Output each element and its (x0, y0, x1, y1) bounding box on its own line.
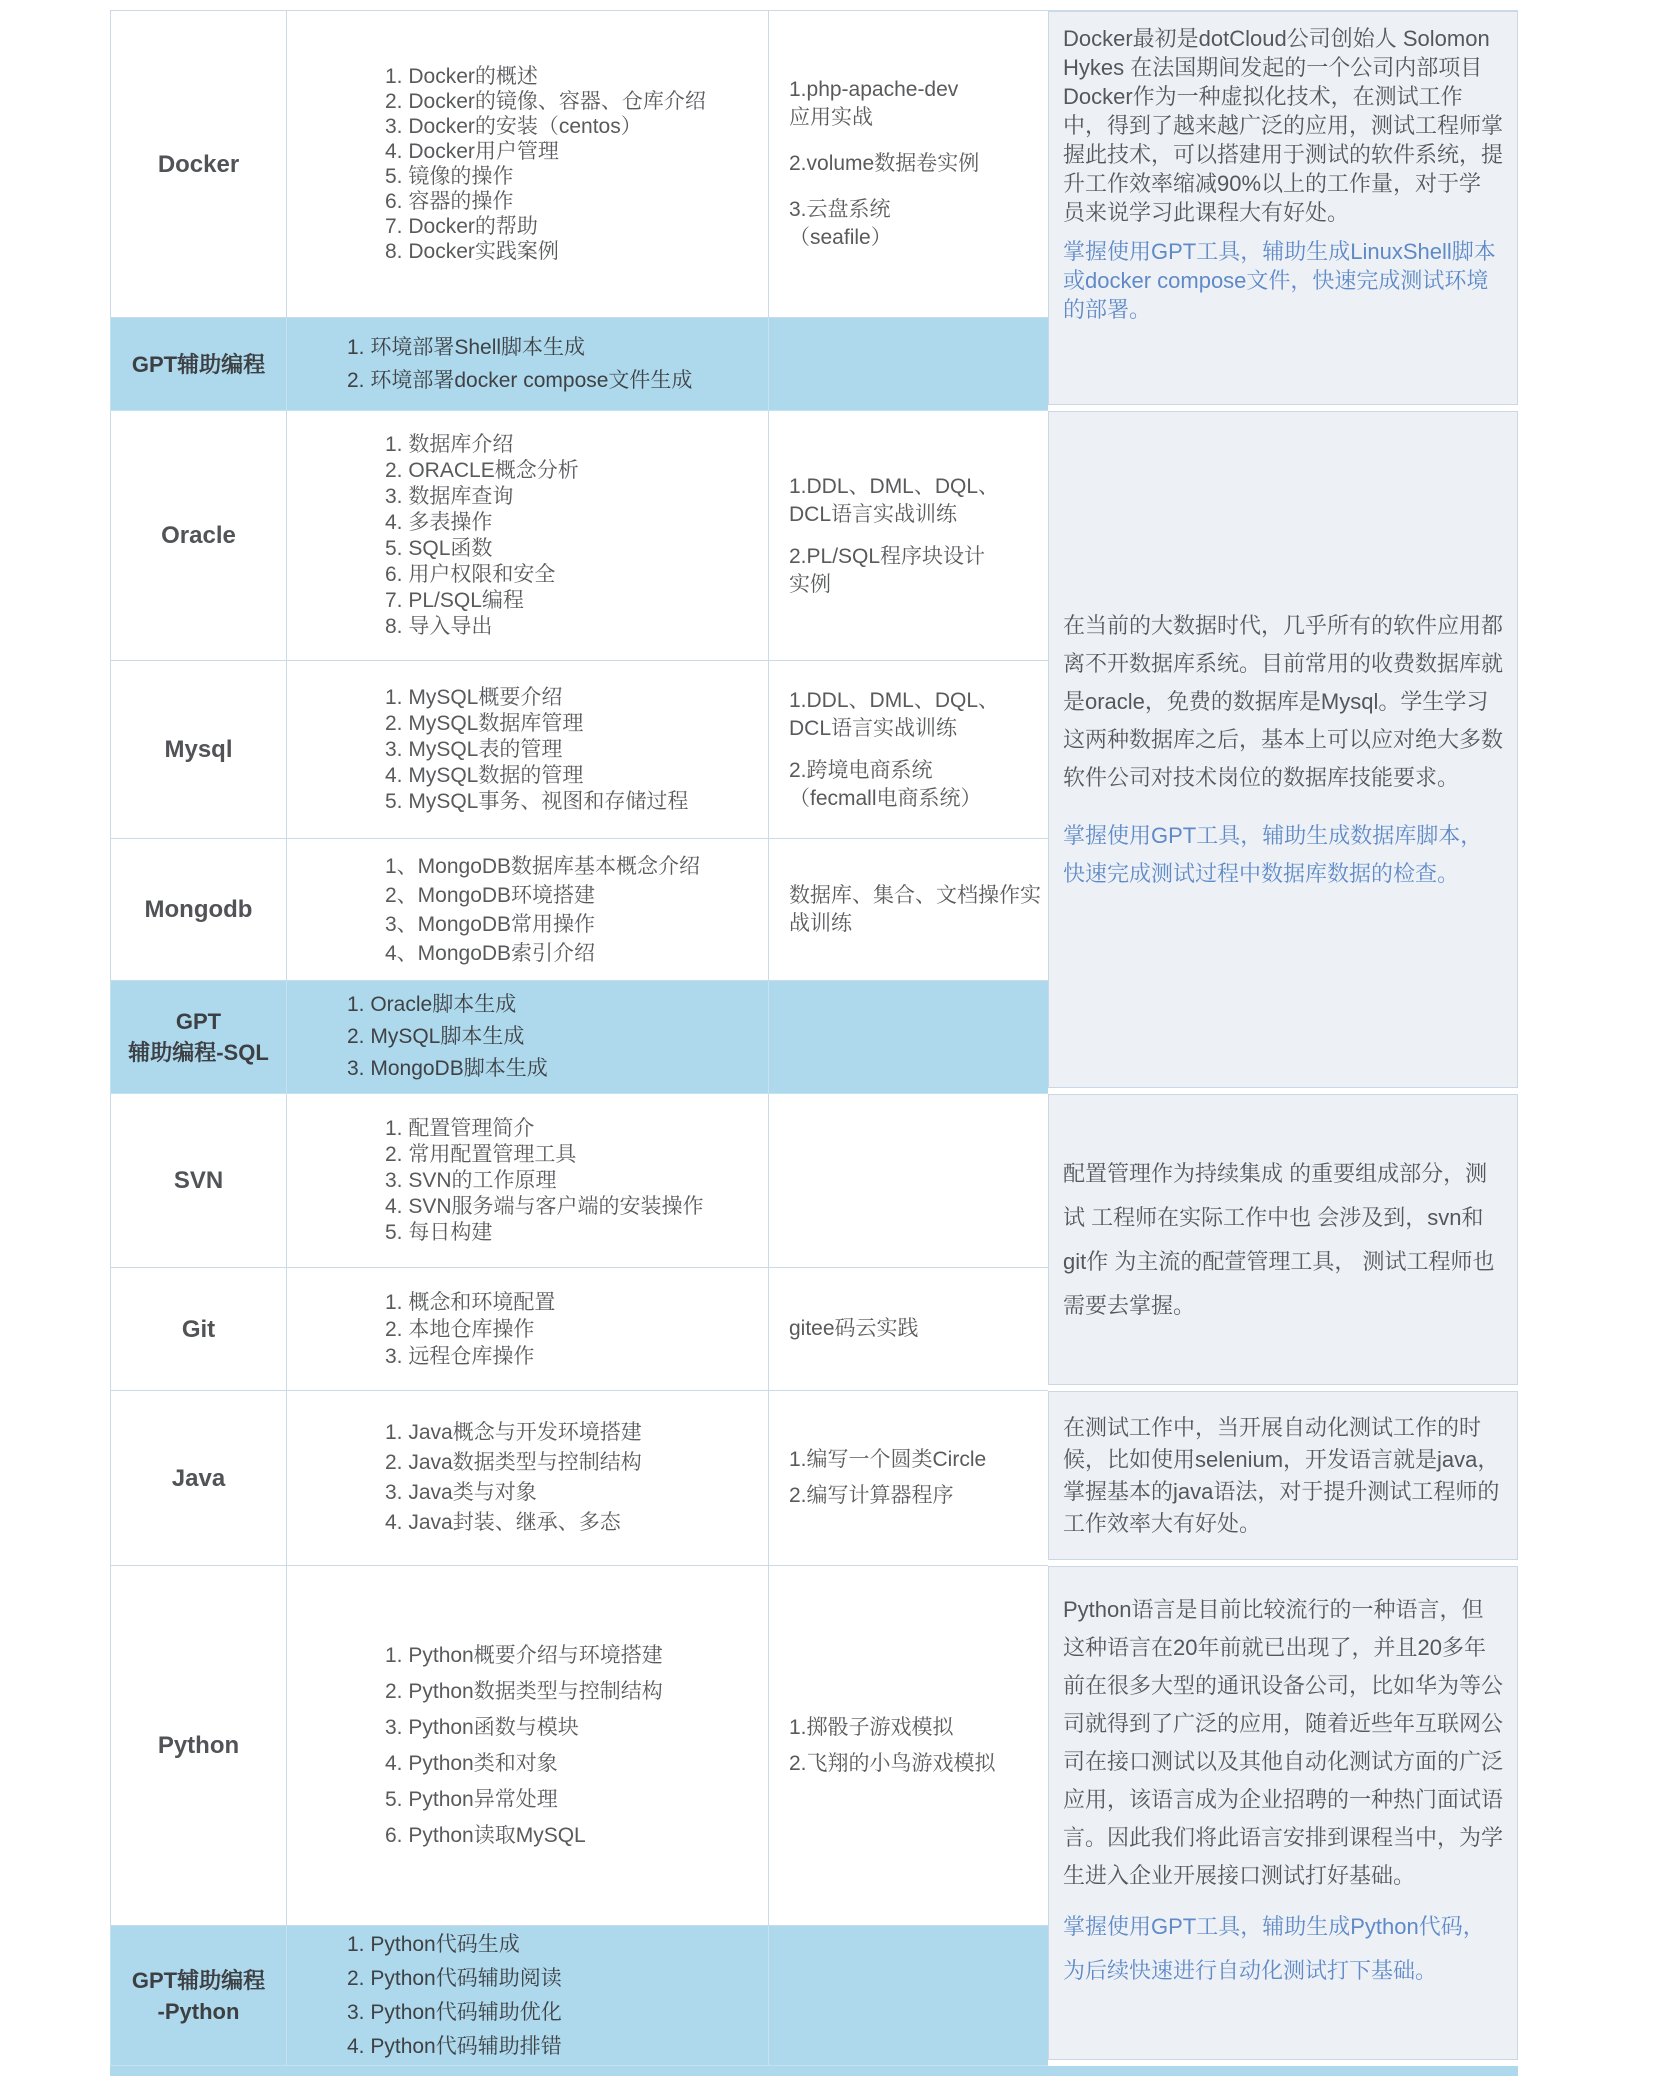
gpt-note-text: 掌握使用GPT工具，辅助生成数据库脚本，快速完成测试过程中数据库数据的检查。 (1063, 817, 1503, 893)
course-name-python: Python (110, 1566, 286, 1926)
course-practice-java: 1.编写一个圆类Circle2.编写计算器程序 (768, 1391, 1048, 1566)
section-scm: SVN 1. 配置管理简介2. 常用配置管理工具3. SVN的工作原理4. SV… (110, 1094, 1518, 1391)
course-topics-git: 1. 概念和环境配置2. 本地仓库操作3. 远程仓库操作 (286, 1268, 768, 1391)
topic-item: 2. 本地仓库操作 (385, 1316, 555, 1343)
topic-list: 1. Python概要介绍与环境搭建2. Python数据类型与控制结构3. P… (385, 1638, 663, 1854)
practice-item: 1.DDL、DML、DQL、 DCL语言实战训练 (789, 687, 999, 743)
practice-item: 1.编写一个圆类Circle (789, 1446, 986, 1474)
course-name-gpt-devops: GPT辅助编程 (110, 318, 286, 411)
topic-item: 1、MongoDB数据库基本概念介绍 (385, 852, 700, 881)
practice-list: 1.编写一个圆类Circle2.编写计算器程序 (789, 1446, 986, 1510)
topic-item: 4、MongoDB索引介绍 (385, 939, 700, 968)
practice-item: 1.php-apache-dev 应用实战 (789, 76, 979, 132)
description-java: 在测试工作中，当开展自动化测试工作的时候，比如使用selenium，开发语言就是… (1048, 1391, 1518, 1560)
course-name-label: Python (158, 1730, 239, 1761)
topic-item: 7. PL/SQL编程 (385, 588, 579, 614)
topic-list: 1. MySQL概要介绍2. MySQL数据库管理3. MySQL表的管理4. … (385, 685, 688, 815)
description-text: Python语言是目前比较流行的一种语言，但这种语言在20年前就已出现了，并且2… (1063, 1591, 1503, 1895)
practice-item: 2.飞翔的小鸟游戏模拟 (789, 1750, 996, 1778)
topic-list: 1. Python代码生成2. Python代码辅助阅读3. Python代码辅… (347, 1928, 562, 2064)
topic-item: 3. 数据库查询 (385, 484, 579, 510)
practice-item: 数据库、集合、文档操作实战训练 (789, 882, 1044, 938)
topic-item: 5. 镜像的操作 (385, 164, 706, 189)
practice-item: 2.跨境电商系统 （fecmall电商系统） (789, 757, 999, 813)
description-scm: 配置管理作为持续集成 的重要组成部分，测试 工程师在实际工作中也 会涉及到，sv… (1048, 1094, 1518, 1385)
topic-item: 3. Python代码辅助优化 (347, 1996, 562, 2030)
topic-item: 3. SVN的工作原理 (385, 1168, 704, 1194)
practice-item: 2.编写计算器程序 (789, 1482, 986, 1510)
description-docker: Docker最初是dotCloud公司创始人 Solomon Hykes 在法国… (1048, 11, 1518, 405)
course-topics-svn: 1. 配置管理简介2. 常用配置管理工具3. SVN的工作原理4. SVN服务端… (286, 1094, 768, 1268)
topic-item: 1. Python代码生成 (347, 1928, 562, 1962)
course-name-docker: Docker (110, 11, 286, 318)
course-name-label: Docker (158, 149, 239, 180)
practice-list: 1.DDL、DML、DQL、 DCL语言实战训练2.PL/SQL程序块设计 实例 (789, 473, 999, 599)
topic-item: 4. Java封装、继承、多态 (385, 1508, 642, 1538)
topic-item: 3. MySQL表的管理 (385, 737, 688, 763)
topic-item: 8. 导入导出 (385, 614, 579, 640)
practice-item: gitee码云实践 (789, 1315, 919, 1343)
practice-item: 1.掷骰子游戏模拟 (789, 1714, 996, 1742)
practice-item: 3.云盘系统 （seafile） (789, 196, 979, 252)
topic-item: 4. Docker用户管理 (385, 139, 706, 164)
topic-list: 1. Oracle脚本生成2. MySQL脚本生成3. MongoDB脚本生成 (347, 989, 548, 1085)
topic-list: 1. 概念和环境配置2. 本地仓库操作3. 远程仓库操作 (385, 1289, 555, 1370)
course-name-label: Git (182, 1314, 215, 1345)
topic-item: 5. 每日构建 (385, 1220, 704, 1246)
topic-item: 4. SVN服务端与客户端的安装操作 (385, 1194, 704, 1220)
topic-item: 1. 配置管理简介 (385, 1116, 704, 1142)
topic-item: 4. Python代码辅助排错 (347, 2030, 562, 2064)
course-topics-oracle: 1. 数据库介绍2. ORACLE概念分析3. 数据库查询4. 多表操作5. S… (286, 411, 768, 661)
course-topics-java: 1. Java概念与开发环境搭建2. Java数据类型与控制结构3. Java类… (286, 1391, 768, 1566)
practice-list: gitee码云实践 (789, 1315, 919, 1343)
practice-item: 2.PL/SQL程序块设计 实例 (789, 543, 999, 599)
course-name-git: Git (110, 1268, 286, 1391)
topic-item: 2. 环境部署docker compose文件生成 (347, 364, 692, 397)
course-practice-oracle: 1.DDL、DML、DQL、 DCL语言实战训练2.PL/SQL程序块设计 实例 (768, 411, 1048, 661)
bottom-accent-bar (110, 2066, 1518, 2076)
practice-item: 1.DDL、DML、DQL、 DCL语言实战训练 (789, 473, 999, 529)
topic-list: 1. 配置管理简介2. 常用配置管理工具3. SVN的工作原理4. SVN服务端… (385, 1116, 704, 1246)
practice-list: 数据库、集合、文档操作实战训练 (789, 882, 1044, 938)
section-databases: Oracle 1. 数据库介绍2. ORACLE概念分析3. 数据库查询4. 多… (110, 411, 1518, 1094)
course-practice-gpt-devops (768, 318, 1048, 411)
topic-item: 2. 常用配置管理工具 (385, 1142, 704, 1168)
practice-list: 1.DDL、DML、DQL、 DCL语言实战训练2.跨境电商系统 （fecmal… (789, 687, 999, 813)
section-java: Java 1. Java概念与开发环境搭建2. Java数据类型与控制结构3. … (110, 1391, 1518, 1566)
course-topics-gpt-devops: 1. 环境部署Shell脚本生成2. 环境部署docker compose文件生… (286, 318, 768, 411)
course-name-label: Mysql (164, 734, 232, 765)
gpt-note-text: 掌握使用GPT工具，辅助生成Python代码，为后续快速进行自动化测试打下基础。 (1063, 1905, 1503, 1993)
topic-item: 5. SQL函数 (385, 536, 579, 562)
topic-item: 1. Docker的概述 (385, 64, 706, 89)
course-name-label: Mongodb (145, 894, 253, 925)
topic-item: 2. Java数据类型与控制结构 (385, 1448, 642, 1478)
course-practice-git: gitee码云实践 (768, 1268, 1048, 1391)
topic-list: 1. Java概念与开发环境搭建2. Java数据类型与控制结构3. Java类… (385, 1418, 642, 1538)
topic-item: 6. Python读取MySQL (385, 1818, 663, 1854)
topic-item: 3. Docker的安装（centos） (385, 114, 706, 139)
course-name-svn: SVN (110, 1094, 286, 1268)
topic-item: 3. MongoDB脚本生成 (347, 1053, 548, 1085)
topic-item: 5. MySQL事务、视图和存储过程 (385, 789, 688, 815)
course-topics-mongodb: 1、MongoDB数据库基本概念介绍2、MongoDB环境搭建3、MongoDB… (286, 839, 768, 981)
topic-item: 2. Python数据类型与控制结构 (385, 1674, 663, 1710)
gpt-note-text: 掌握使用GPT工具，辅助生成LinuxShell脚本或docker compos… (1063, 237, 1503, 324)
topic-item: 6. 容器的操作 (385, 189, 706, 214)
practice-list: 1.掷骰子游戏模拟2.飞翔的小鸟游戏模拟 (789, 1714, 996, 1778)
topic-list: 1、MongoDB数据库基本概念介绍2、MongoDB环境搭建3、MongoDB… (385, 852, 700, 968)
topic-list: 1. Docker的概述2. Docker的镜像、容器、仓库介绍3. Docke… (385, 64, 706, 264)
description-text: 在测试工作中，当开展自动化测试工作的时候，比如使用selenium，开发语言就是… (1063, 1412, 1503, 1540)
topic-item: 1. Oracle脚本生成 (347, 989, 548, 1021)
topic-list: 1. 环境部署Shell脚本生成2. 环境部署docker compose文件生… (347, 331, 692, 397)
topic-item: 7. Docker的帮助 (385, 214, 706, 239)
course-name-java: Java (110, 1391, 286, 1566)
course-topics-python: 1. Python概要介绍与环境搭建2. Python数据类型与控制结构3. P… (286, 1566, 768, 1926)
topic-item: 4. 多表操作 (385, 510, 579, 536)
topic-item: 2. MySQL脚本生成 (347, 1021, 548, 1053)
section-python: Python 1. Python概要介绍与环境搭建2. Python数据类型与控… (110, 1566, 1518, 2066)
description-databases: 在当前的大数据时代，几乎所有的软件应用都离不开数据库系统。目前常用的收费数据库就… (1048, 411, 1518, 1088)
description-python: Python语言是目前比较流行的一种语言，但这种语言在20年前就已出现了，并且2… (1048, 1566, 1518, 2060)
course-name-gpt-python: GPT辅助编程 -Python (110, 1926, 286, 2066)
description-text: Docker最初是dotCloud公司创始人 Solomon Hykes 在法国… (1063, 24, 1503, 227)
topic-item: 3. Java类与对象 (385, 1478, 642, 1508)
topic-item: 3. 远程仓库操作 (385, 1343, 555, 1370)
course-name-mysql: Mysql (110, 661, 286, 839)
topic-item: 8. Docker实践案例 (385, 239, 706, 264)
course-practice-gpt-python (768, 1926, 1048, 2066)
course-name-label: SVN (174, 1165, 223, 1196)
course-name-label: GPT辅助编程 -Python (132, 1965, 265, 2027)
course-topics-gpt-sql: 1. Oracle脚本生成2. MySQL脚本生成3. MongoDB脚本生成 (286, 981, 768, 1094)
topic-item: 1. 数据库介绍 (385, 432, 579, 458)
topic-item: 1. 概念和环境配置 (385, 1289, 555, 1316)
course-curriculum-table: Docker 1. Docker的概述2. Docker的镜像、容器、仓库介绍3… (110, 10, 1518, 2076)
course-practice-python: 1.掷骰子游戏模拟2.飞翔的小鸟游戏模拟 (768, 1566, 1048, 1926)
topic-item: 3. Python函数与模块 (385, 1710, 663, 1746)
course-name-label: GPT辅助编程 (132, 349, 265, 380)
course-practice-mongodb: 数据库、集合、文档操作实战训练 (768, 839, 1048, 981)
course-name-label: GPT 辅助编程-SQL (128, 1006, 269, 1068)
topic-list: 1. 数据库介绍2. ORACLE概念分析3. 数据库查询4. 多表操作5. S… (385, 432, 579, 640)
description-text: 在当前的大数据时代，几乎所有的软件应用都离不开数据库系统。目前常用的收费数据库就… (1063, 607, 1503, 797)
course-practice-docker: 1.php-apache-dev 应用实战2.volume数据卷实例3.云盘系统… (768, 11, 1048, 318)
topic-item: 2. MySQL数据库管理 (385, 711, 688, 737)
practice-list: 1.php-apache-dev 应用实战2.volume数据卷实例3.云盘系统… (789, 76, 979, 252)
practice-item: 2.volume数据卷实例 (789, 150, 979, 178)
topic-item: 2. Docker的镜像、容器、仓库介绍 (385, 89, 706, 114)
topic-item: 1. Python概要介绍与环境搭建 (385, 1638, 663, 1674)
topic-item: 1. MySQL概要介绍 (385, 685, 688, 711)
course-practice-mysql: 1.DDL、DML、DQL、 DCL语言实战训练2.跨境电商系统 （fecmal… (768, 661, 1048, 839)
topic-item: 3、MongoDB常用操作 (385, 910, 700, 939)
course-topics-mysql: 1. MySQL概要介绍2. MySQL数据库管理3. MySQL表的管理4. … (286, 661, 768, 839)
topic-item: 2. ORACLE概念分析 (385, 458, 579, 484)
course-topics-docker: 1. Docker的概述2. Docker的镜像、容器、仓库介绍3. Docke… (286, 11, 768, 318)
topic-item: 4. Python类和对象 (385, 1746, 663, 1782)
topic-item: 1. Java概念与开发环境搭建 (385, 1418, 642, 1448)
course-practice-gpt-sql (768, 981, 1048, 1094)
topic-item: 2. Python代码辅助阅读 (347, 1962, 562, 1996)
course-name-oracle: Oracle (110, 411, 286, 661)
course-name-mongodb: Mongodb (110, 839, 286, 981)
topic-item: 6. 用户权限和安全 (385, 562, 579, 588)
topic-item: 4. MySQL数据的管理 (385, 763, 688, 789)
topic-item: 2、MongoDB环境搭建 (385, 881, 700, 910)
course-name-label: Java (172, 1463, 225, 1494)
course-name-label: Oracle (161, 520, 236, 551)
course-practice-svn (768, 1094, 1048, 1268)
topic-item: 5. Python异常处理 (385, 1782, 663, 1818)
course-topics-gpt-python: 1. Python代码生成2. Python代码辅助阅读3. Python代码辅… (286, 1926, 768, 2066)
topic-item: 1. 环境部署Shell脚本生成 (347, 331, 692, 364)
description-text: 配置管理作为持续集成 的重要组成部分，测试 工程师在实际工作中也 会涉及到，sv… (1063, 1152, 1503, 1328)
course-name-gpt-sql: GPT 辅助编程-SQL (110, 981, 286, 1094)
section-docker: Docker 1. Docker的概述2. Docker的镜像、容器、仓库介绍3… (110, 11, 1518, 411)
